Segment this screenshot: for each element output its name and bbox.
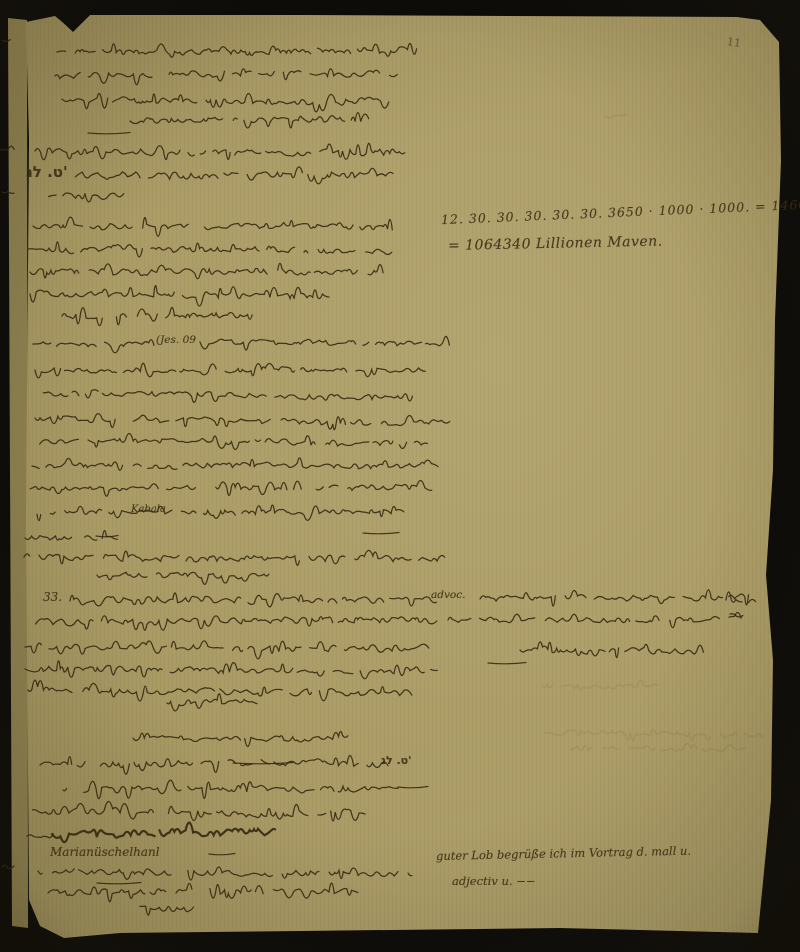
hebrew-abbreviation-2: ט. לנ' (381, 754, 412, 767)
latin-name-line: Marianüschelhanl (50, 845, 160, 859)
advocate-abbreviation: advoc. (431, 589, 465, 601)
kabala-word: Kabala (131, 504, 166, 515)
folio-number: 11 (726, 35, 742, 50)
german-bottom-line-2: adjectiv u. −− (452, 874, 535, 888)
margin-number: 33. (43, 590, 62, 604)
manuscript-page (0, 0, 800, 952)
manuscript-scan: 11 12. 30. 30. 30. 30. 30. 3650 · 1000 ·… (0, 0, 800, 952)
hebrew-abbreviation-1: ט. לנ' (26, 163, 68, 181)
scripture-citation: (Jes. 09 (156, 334, 196, 346)
